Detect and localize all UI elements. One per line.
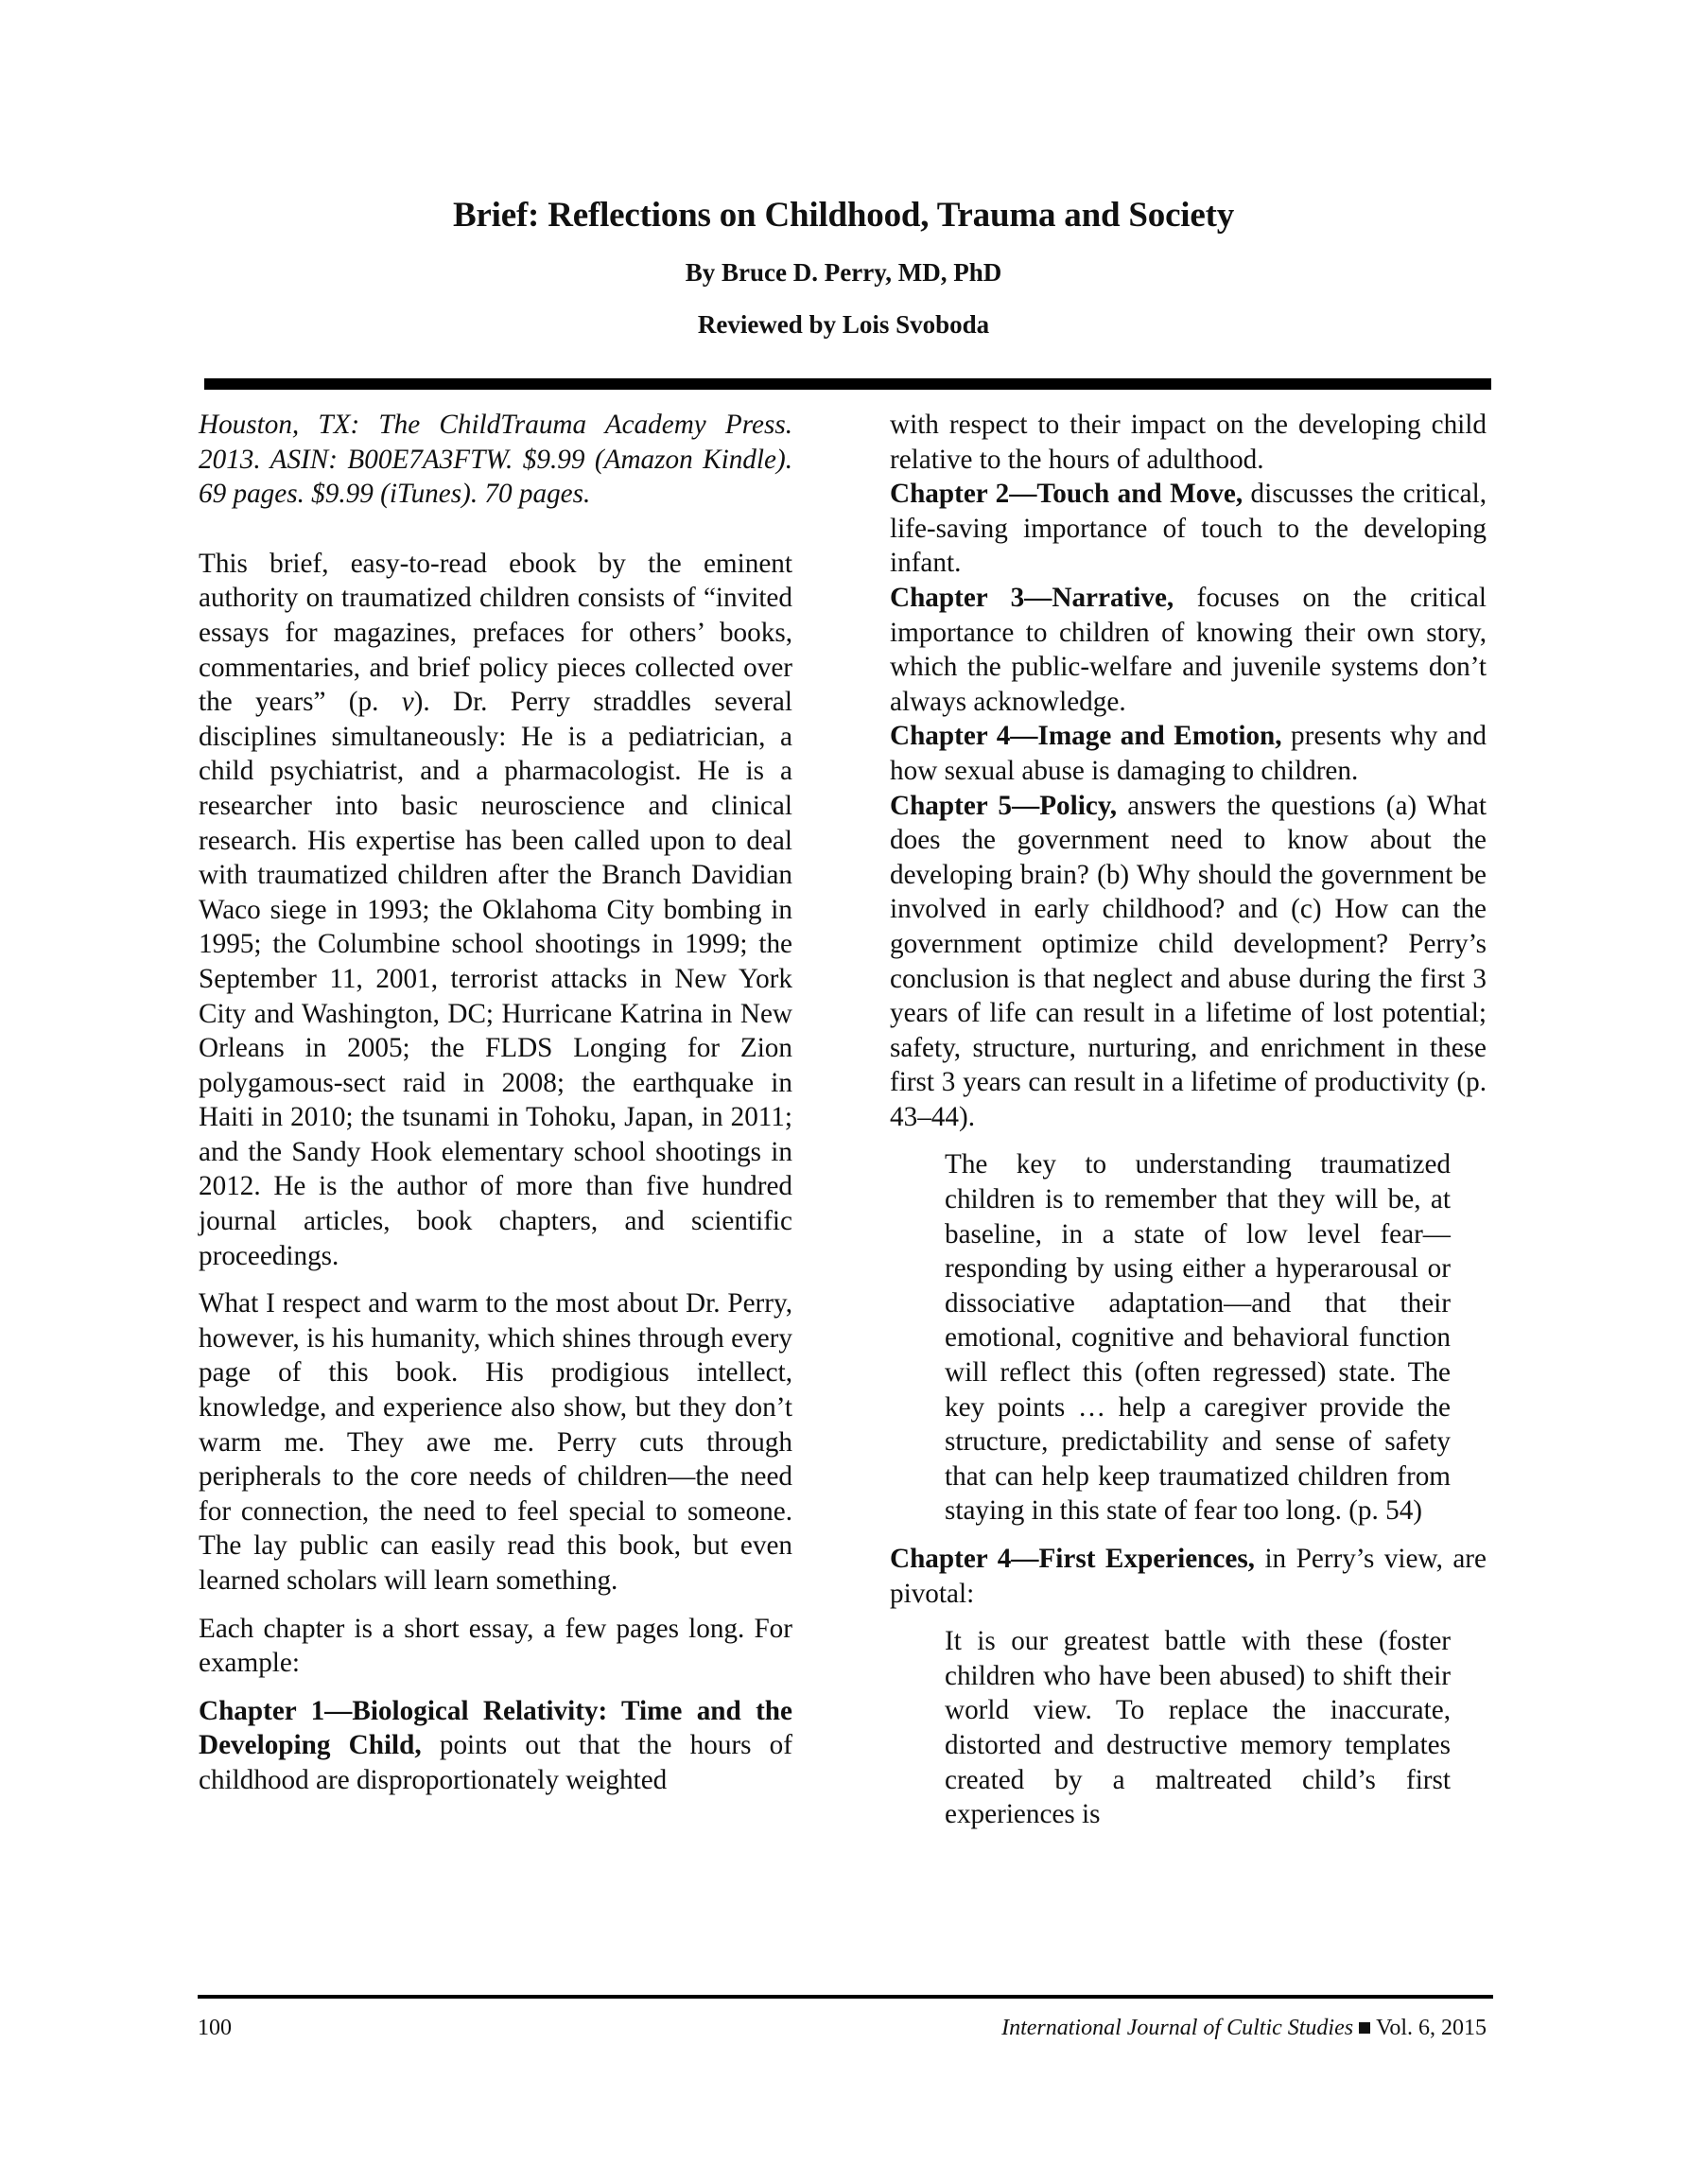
intro-paragraph: This brief, easy-to-read ebook by the em… bbox=[199, 547, 792, 1273]
chapter-3-title: Chapter 3—Narrative, bbox=[890, 583, 1174, 613]
left-column: Houston, TX: The ChildTrauma Academy Pre… bbox=[199, 408, 792, 1798]
header-rule-divider bbox=[204, 378, 1491, 390]
chapter-4-first-experiences-title: Chapter 4—First Experiences, bbox=[890, 1544, 1255, 1574]
intro-text-b: ). Dr. Perry straddles several disciplin… bbox=[199, 687, 792, 1271]
publication-info: Houston, TX: The ChildTrauma Academy Pre… bbox=[199, 408, 792, 512]
chapter-4-image-title: Chapter 4—Image and Emotion, bbox=[890, 721, 1282, 751]
chapter-4-image-paragraph: Chapter 4—Image and Emotion, presents wh… bbox=[890, 719, 1487, 788]
page-number: 100 bbox=[198, 2016, 232, 2041]
book-author-byline: By Bruce D. Perry, MD, PhD bbox=[0, 258, 1687, 288]
article-title: Brief: Reflections on Childhood, Trauma … bbox=[0, 195, 1687, 236]
block-quote-key-understanding: The key to understanding traumatized chi… bbox=[945, 1147, 1451, 1529]
chapters-intro-paragraph: Each chapter is a short essay, a few pag… bbox=[199, 1612, 792, 1681]
chapter-1-continued: with respect to their impact on the deve… bbox=[890, 408, 1487, 477]
roman-page-ref: v bbox=[402, 687, 414, 717]
chapter-5-paragraph: Chapter 5—Policy, answers the questions … bbox=[890, 789, 1487, 1135]
journal-volume: Vol. 6, 2015 bbox=[1376, 2016, 1487, 2040]
chapter-2-paragraph: Chapter 2—Touch and Move, discusses the … bbox=[890, 477, 1487, 581]
block-quote-greatest-battle: It is our greatest battle with these (fo… bbox=[945, 1624, 1451, 1832]
chapter-4-first-experiences-paragraph: Chapter 4—First Experiences, in Perry’s … bbox=[890, 1542, 1487, 1611]
footer-rule-divider bbox=[198, 1995, 1493, 1999]
journal-name: International Journal of Cultic Studies bbox=[1001, 2016, 1353, 2040]
black-square-icon bbox=[1359, 2022, 1370, 2034]
reviewer-byline: Reviewed by Lois Svoboda bbox=[0, 310, 1687, 340]
chapter-2-title: Chapter 2—Touch and Move, bbox=[890, 479, 1243, 509]
right-column: with respect to their impact on the deve… bbox=[890, 408, 1487, 1832]
chapter-5-title: Chapter 5—Policy, bbox=[890, 791, 1117, 821]
chapter-1-paragraph: Chapter 1—Biological Relativity: Time an… bbox=[199, 1694, 792, 1798]
chapter-3-paragraph: Chapter 3—Narrative, focuses on the crit… bbox=[890, 581, 1487, 719]
chapter-5-text: answers the questions (a) What does the … bbox=[890, 791, 1487, 1132]
journal-citation: International Journal of Cultic StudiesV… bbox=[1001, 2016, 1487, 2041]
humanity-paragraph: What I respect and warm to the most abou… bbox=[199, 1286, 792, 1598]
